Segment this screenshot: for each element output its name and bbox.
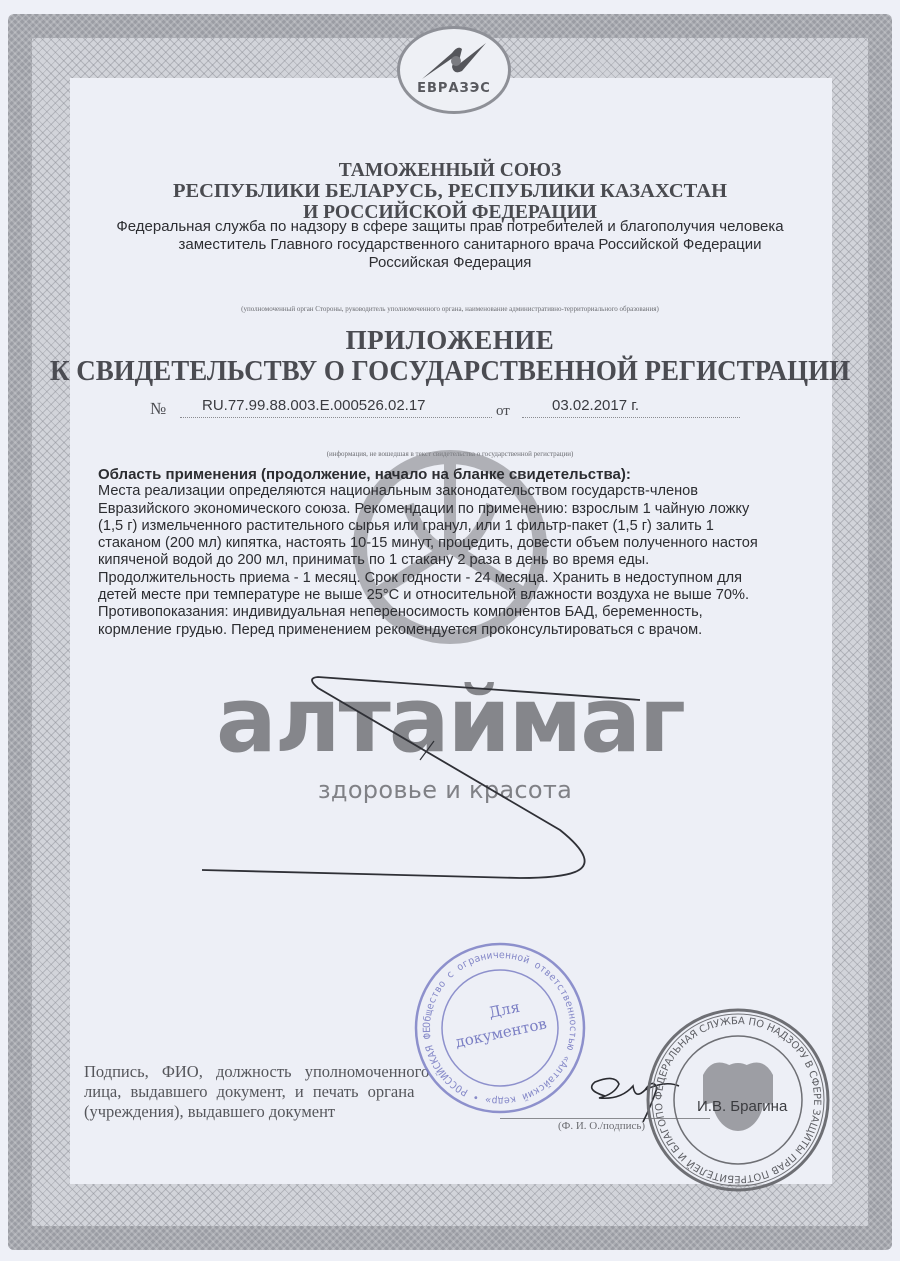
- signer-name: И.В. Брагина: [697, 1098, 787, 1115]
- svg-text:Для: Для: [487, 998, 521, 1022]
- company-stamp: Общество с ограниченной ответственностью…: [410, 938, 590, 1118]
- coat-of-arms-icon: [703, 1063, 773, 1132]
- svg-text:документов: документов: [454, 1014, 549, 1051]
